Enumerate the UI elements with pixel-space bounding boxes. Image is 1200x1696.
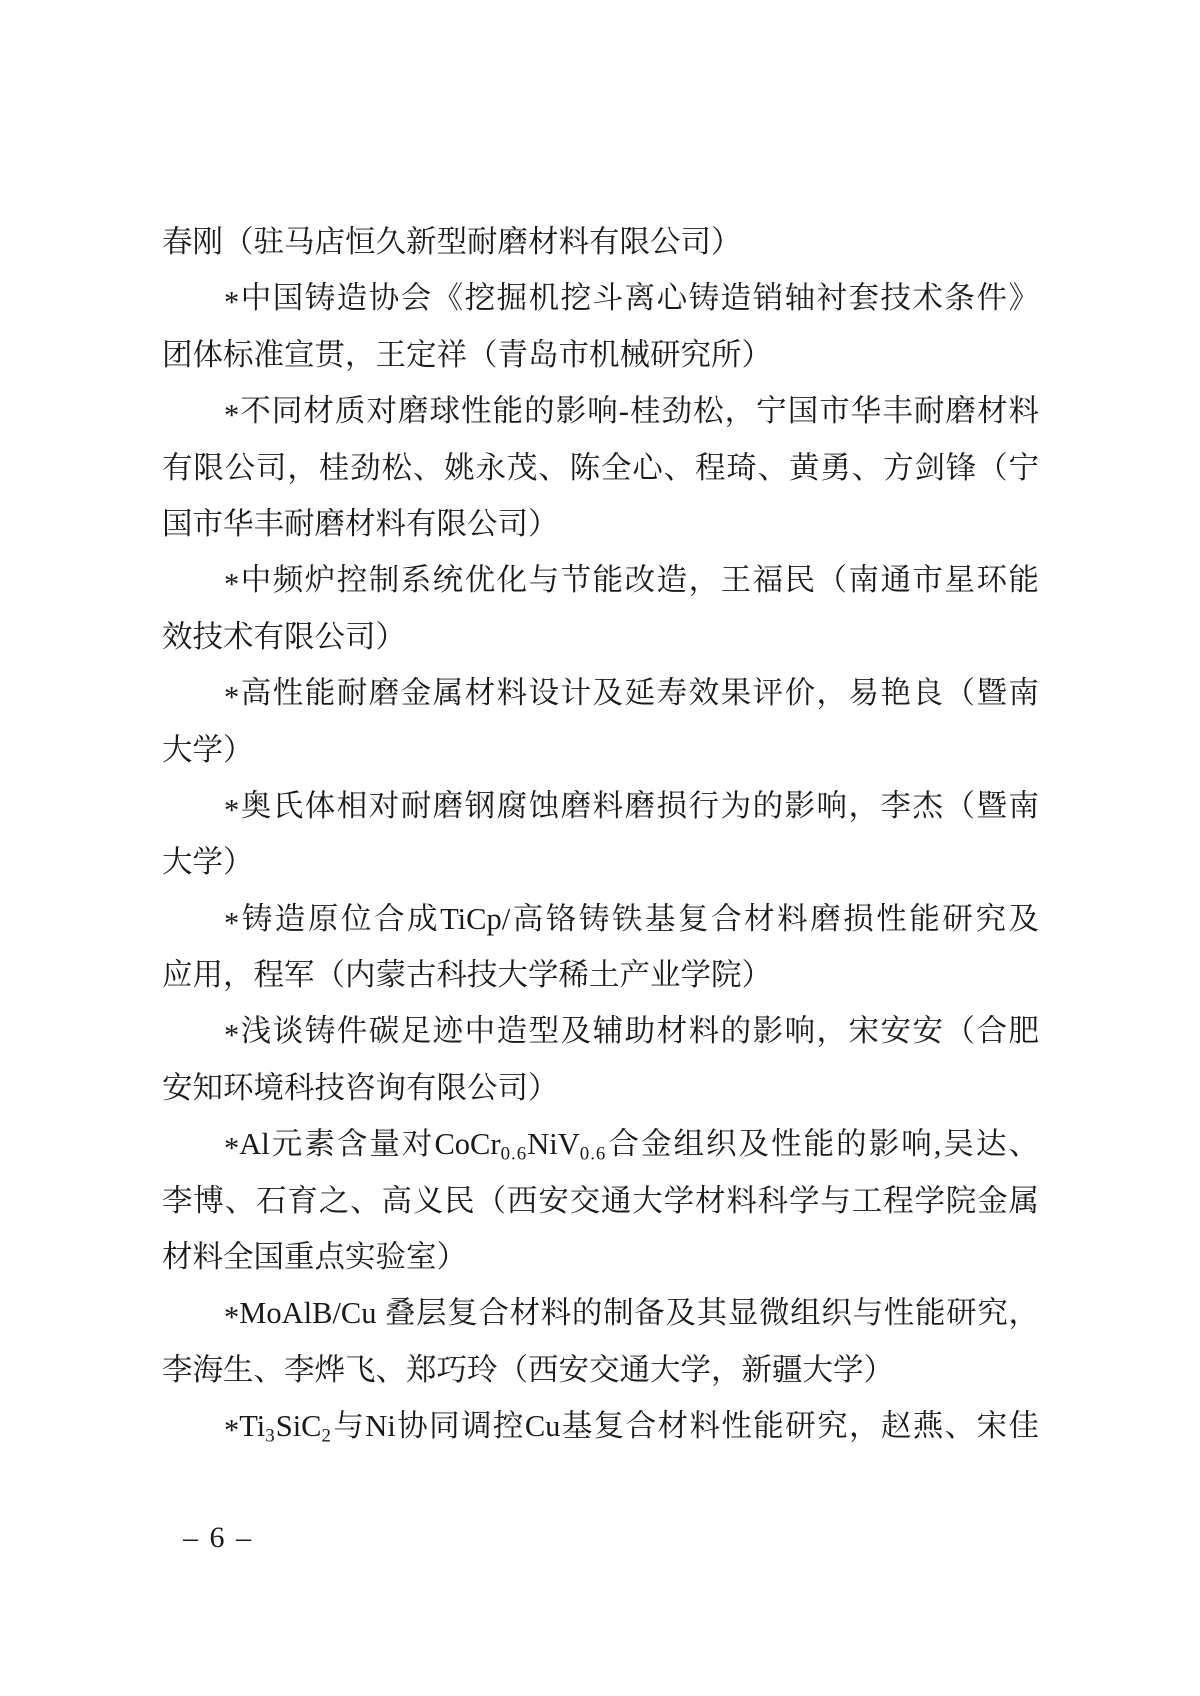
bullet-asterisk: * — [224, 387, 239, 443]
bullet-asterisk: * — [224, 669, 239, 725]
subscript-text: 3 — [265, 1425, 275, 1446]
text-run: 李海生、李烨飞、郑巧玲（西安交通大学，新疆大学） — [162, 1353, 894, 1387]
text-run: 春刚（驻马店恒久新型耐磨材料有限公司） — [162, 225, 742, 259]
subscript-text: 0.6 — [501, 1144, 528, 1165]
page-number: – 6 – — [183, 1518, 253, 1558]
document-line: *奥氏体相对耐磨钢腐蚀磨料磨损行为的影响，李杰（暨南 — [162, 778, 1039, 834]
document-line: *MoAlB/Cu 叠层复合材料的制备及其显微组织与性能研究， — [162, 1285, 1039, 1341]
document-line: *不同材质对磨球性能的影响-桂劲松，宁国市华丰耐磨材料 — [162, 383, 1039, 439]
document-line: *Al元素含量对CoCr0.6NiV0.6合金组织及性能的影响,吴达、 — [162, 1116, 1039, 1172]
text-run: 效技术有限公司） — [162, 620, 406, 654]
bullet-asterisk: * — [224, 274, 239, 330]
text-run: 李博、石育之、高义民（西安交通大学材料科学与工程学院金属 — [162, 1184, 1039, 1218]
text-run: 不同材质对磨球性能的影响-桂劲松，宁国市华丰耐磨材料 — [239, 394, 1039, 428]
text-run: 中国铸造协会《挖掘机挖斗离心铸造销轴衬套技术条件》 — [239, 281, 1039, 315]
document-body: 春刚（驻马店恒久新型耐磨材料有限公司）*中国铸造协会《挖掘机挖斗离心铸造销轴衬套… — [162, 214, 1039, 1455]
text-run: 材料全国重点实验室） — [162, 1240, 467, 1274]
text-run: 铸造原位合成TiCp/高铬铸铁基复合材料磨损性能研究及 — [239, 902, 1039, 936]
document-line: *中国铸造协会《挖掘机挖斗离心铸造销轴衬套技术条件》 — [162, 270, 1039, 326]
document-line: 效技术有限公司） — [162, 609, 1039, 665]
document-line: 春刚（驻马店恒久新型耐磨材料有限公司） — [162, 214, 1039, 270]
text-run: 奥氏体相对耐磨钢腐蚀磨料磨损行为的影响，李杰（暨南 — [239, 789, 1039, 823]
document-line: 国市华丰耐磨材料有限公司） — [162, 496, 1039, 552]
document-line: 李海生、李烨飞、郑巧玲（西安交通大学，新疆大学） — [162, 1342, 1039, 1398]
document-line: *中频炉控制系统优化与节能改造，王福民（南通市星环能 — [162, 552, 1039, 608]
text-run: 合金组织及性能的影响,吴达、 — [606, 1127, 1039, 1161]
subscript-text: 0.6 — [580, 1144, 607, 1165]
text-run: Ti — [239, 1409, 265, 1443]
text-run: 国市华丰耐磨材料有限公司） — [162, 507, 559, 541]
document-line: 大学） — [162, 722, 1039, 778]
text-run: 与Ni协同调控Cu基复合材料性能研究，赵燕、宋佳 — [332, 1409, 1039, 1443]
text-run: 应用，程军（内蒙古科技大学稀土产业学院） — [162, 958, 772, 992]
text-run: NiV — [527, 1127, 580, 1161]
text-run: 大学） — [162, 845, 254, 879]
text-run: 中频炉控制系统优化与节能改造，王福民（南通市星环能 — [239, 563, 1039, 597]
text-run: Al元素含量对CoCr — [239, 1127, 500, 1161]
text-run: SiC — [276, 1409, 322, 1443]
bullet-asterisk: * — [224, 1402, 239, 1458]
bullet-asterisk: * — [224, 1289, 239, 1345]
document-line: 安知环境科技咨询有限公司） — [162, 1060, 1039, 1116]
text-run: 浅谈铸件碳足迹中造型及辅助材料的影响，宋安安（合肥 — [239, 1014, 1039, 1048]
document-line: *浅谈铸件碳足迹中造型及辅助材料的影响，宋安安（合肥 — [162, 1003, 1039, 1059]
text-run: 大学） — [162, 733, 254, 767]
bullet-asterisk: * — [224, 1007, 239, 1063]
bullet-asterisk: * — [224, 782, 239, 838]
text-run: 安知环境科技咨询有限公司） — [162, 1071, 559, 1105]
document-line: 应用，程军（内蒙古科技大学稀土产业学院） — [162, 947, 1039, 1003]
document-line: 材料全国重点实验室） — [162, 1229, 1039, 1285]
document-line: 李博、石育之、高义民（西安交通大学材料科学与工程学院金属 — [162, 1173, 1039, 1229]
document-line: *Ti3SiC2与Ni协同调控Cu基复合材料性能研究，赵燕、宋佳 — [162, 1398, 1039, 1454]
bullet-asterisk: * — [224, 1120, 239, 1176]
document-line: *铸造原位合成TiCp/高铬铸铁基复合材料磨损性能研究及 — [162, 891, 1039, 947]
document-line: 团体标准宣贯，王定祥（青岛市机械研究所） — [162, 327, 1039, 383]
subscript-text: 2 — [322, 1425, 332, 1446]
document-page: 春刚（驻马店恒久新型耐磨材料有限公司）*中国铸造协会《挖掘机挖斗离心铸造销轴衬套… — [0, 0, 1200, 1696]
document-line: 有限公司，桂劲松、姚永茂、陈全心、程琦、黄勇、方剑锋（宁 — [162, 440, 1039, 496]
document-line: *高性能耐磨金属材料设计及延寿效果评价，易艳良（暨南 — [162, 665, 1039, 721]
bullet-asterisk: * — [224, 556, 239, 612]
text-run: 团体标准宣贯，王定祥（青岛市机械研究所） — [162, 338, 772, 372]
bullet-asterisk: * — [224, 895, 239, 951]
text-run: MoAlB/Cu 叠层复合材料的制备及其显微组织与性能研究， — [239, 1296, 1039, 1330]
text-run: 有限公司，桂劲松、姚永茂、陈全心、程琦、黄勇、方剑锋（宁 — [162, 451, 1039, 485]
text-run: 高性能耐磨金属材料设计及延寿效果评价，易艳良（暨南 — [239, 676, 1039, 710]
document-line: 大学） — [162, 834, 1039, 890]
